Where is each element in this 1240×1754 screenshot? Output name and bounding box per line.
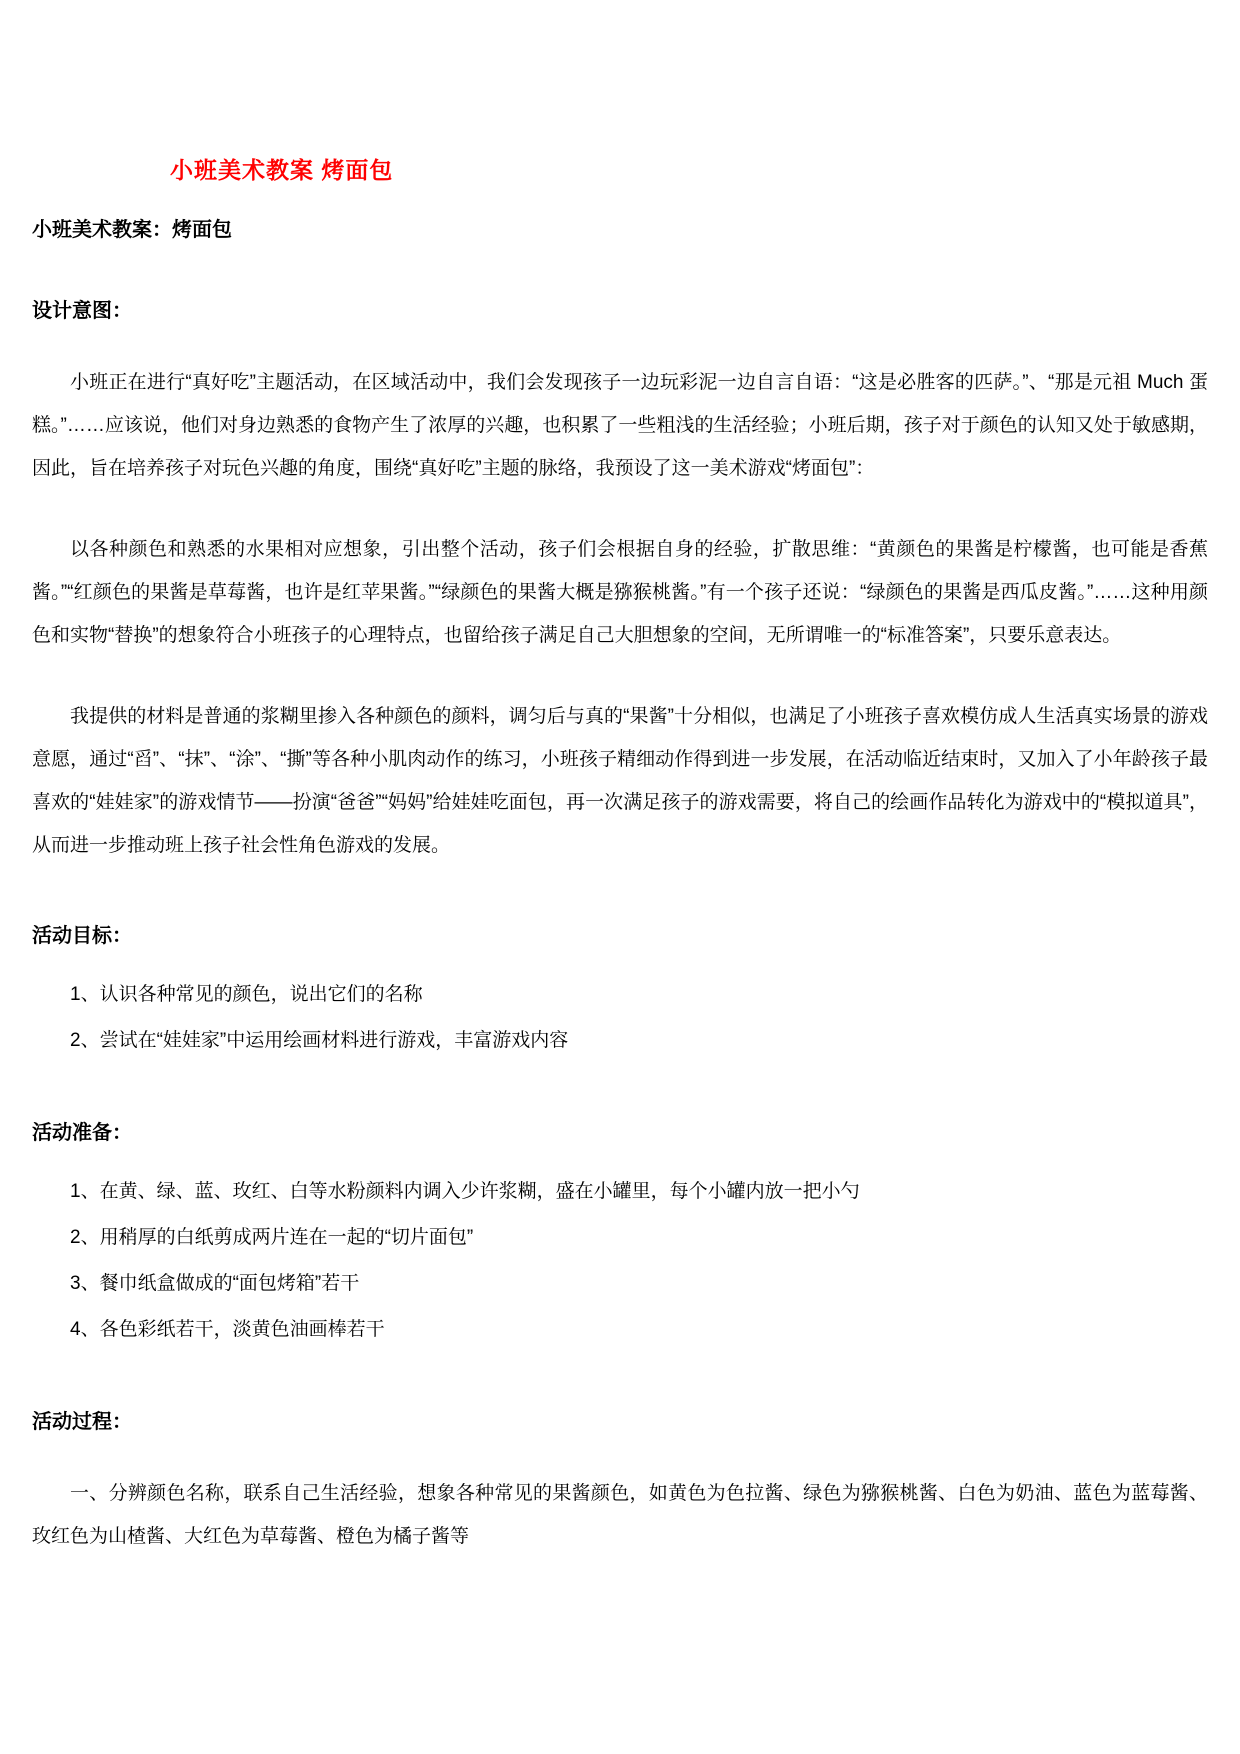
document-subtitle: 小班美术教案：烤面包 <box>32 213 1208 242</box>
activity-preparation-item-1: 1、在黄、绿、蓝、玫红、白等水粉颜料内调入少许浆糊，盛在小罐里，每个小罐内放一把… <box>32 1169 1208 1215</box>
section-heading-activity-process: 活动过程： <box>32 1405 1208 1434</box>
design-intent-paragraph-1: 小班正在进行“真好吃”主题活动，在区域活动中，我们会发现孩子一边玩彩泥一边自言自… <box>32 361 1208 490</box>
design-intent-paragraph-2: 以各种颜色和熟悉的水果相对应想象，引出整个活动，孩子们会根据自身的经验，扩散思维… <box>32 528 1208 657</box>
activity-goal-item-2: 2、尝试在“娃娃家”中运用绘画材料进行游戏，丰富游戏内容 <box>32 1018 1208 1064</box>
activity-preparation-item-2: 2、用稍厚的白纸剪成两片连在一起的“切片面包” <box>32 1215 1208 1261</box>
section-heading-design-intent: 设计意图： <box>32 294 1208 323</box>
section-heading-activity-preparation: 活动准备： <box>32 1116 1208 1145</box>
section-heading-activity-goals: 活动目标： <box>32 919 1208 948</box>
activity-preparation-item-3: 3、餐巾纸盒做成的“面包烤箱”若干 <box>32 1261 1208 1307</box>
document-title: 小班美术教案 烤面包 <box>170 152 1208 185</box>
document-page: 小班美术教案 烤面包 小班美术教案：烤面包 设计意图： 小班正在进行“真好吃”主… <box>0 0 1240 1754</box>
design-intent-paragraph-3: 我提供的材料是普通的浆糊里掺入各种颜色的颜料，调匀后与真的“果酱”十分相似，也满… <box>32 695 1208 867</box>
activity-goal-item-1: 1、认识各种常见的颜色，说出它们的名称 <box>32 972 1208 1018</box>
activity-process-paragraph-1: 一、分辨颜色名称，联系自己生活经验，想象各种常见的果酱颜色，如黄色为色拉酱、绿色… <box>32 1472 1208 1558</box>
activity-preparation-item-4: 4、各色彩纸若干，淡黄色油画棒若干 <box>32 1307 1208 1353</box>
